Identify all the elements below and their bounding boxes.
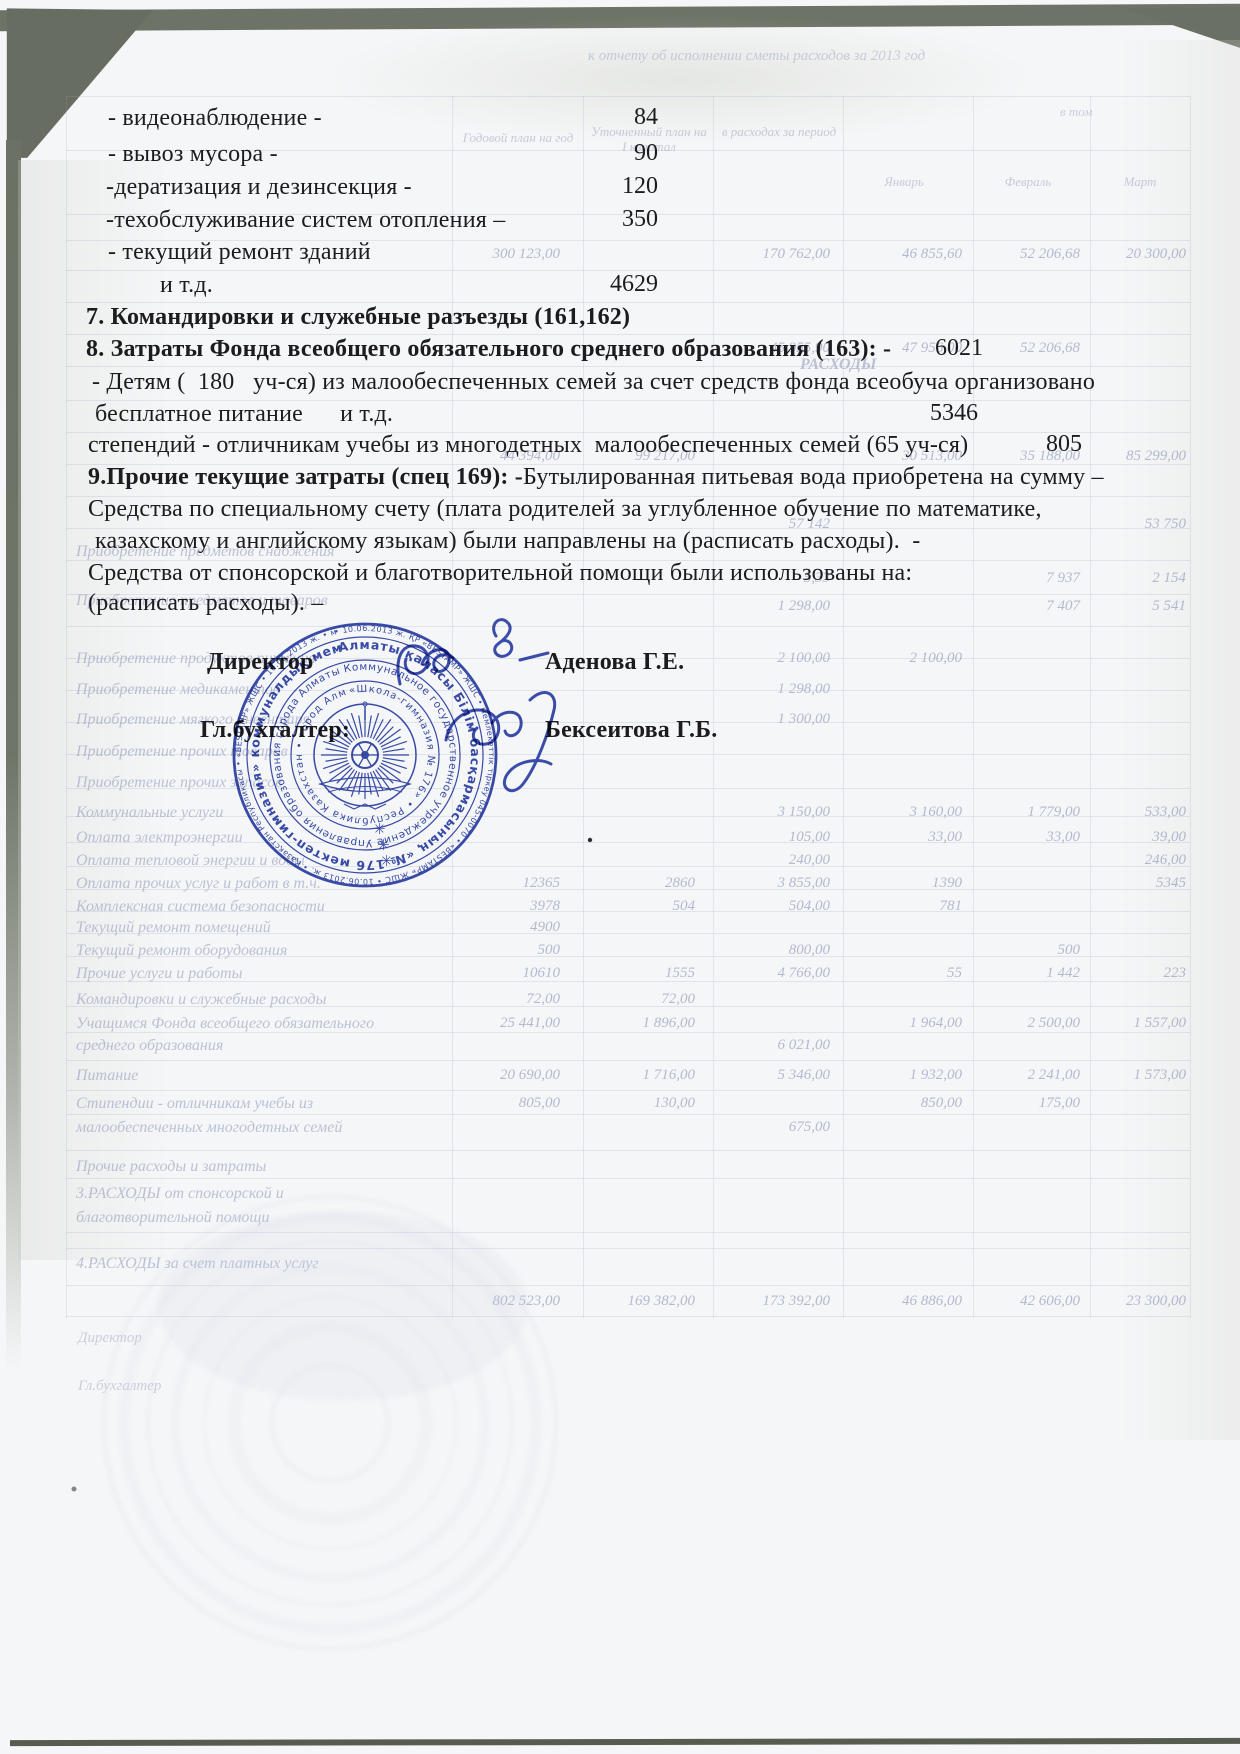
- ink-dot: [588, 838, 592, 842]
- accountant-signature: [446, 693, 555, 791]
- director-signature: [398, 620, 548, 684]
- scanned-document-page: { "doc": { "items": [ {"label": "- видео…: [0, 0, 1240, 1754]
- paper-speck: [72, 1487, 77, 1492]
- signatures-overlay: [0, 0, 1240, 1754]
